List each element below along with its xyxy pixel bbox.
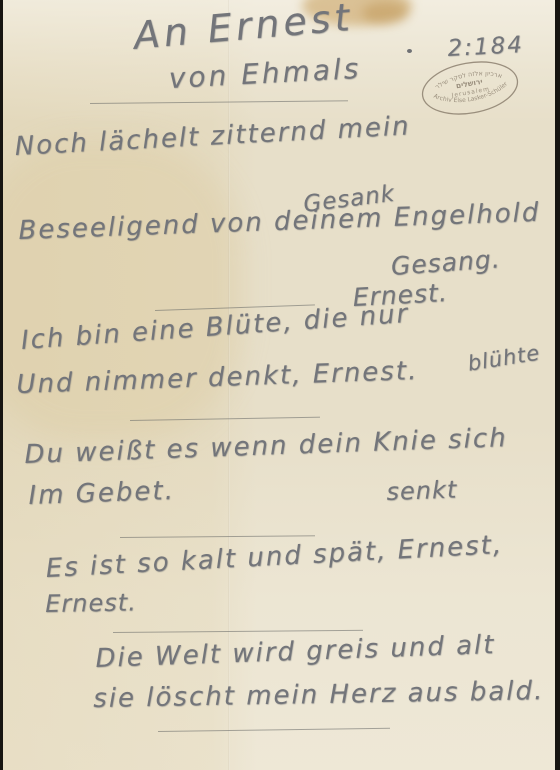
stanza3-line2: senkt — [386, 476, 458, 506]
manuscript-scan: An Ernest von Ehmals 2:184 ארכיון אלזה ל… — [0, 0, 560, 770]
scan-edge-right — [555, 0, 560, 770]
pencil-dot — [407, 49, 412, 53]
stanza4-line2: Ernest. — [45, 588, 137, 618]
scan-edge-left — [0, 0, 3, 770]
stanza3-line3: Im Gebet. — [28, 476, 175, 511]
paper-stain-top-2 — [362, 2, 408, 24]
